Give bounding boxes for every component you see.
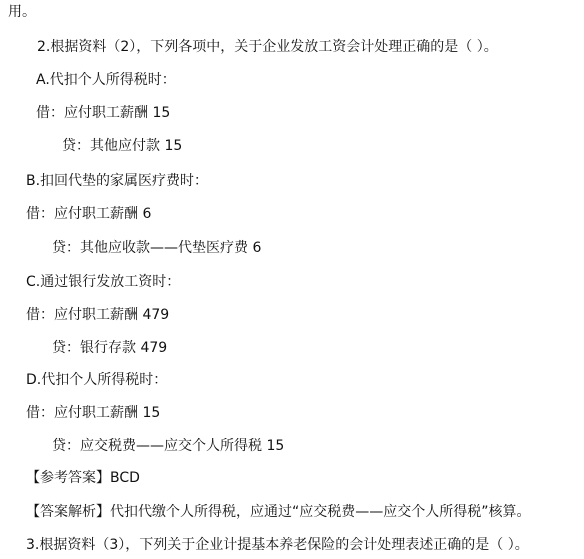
option-b-debit: 借：应付职工薪酬 6 (26, 205, 151, 223)
option-b-title: B.扣回代垫的家属医疗费时： (26, 172, 208, 190)
option-c-credit: 贷：银行存款 479 (52, 339, 167, 357)
reference-answer: 【参考答案】BCD (26, 469, 140, 487)
option-c-title: C.通过银行发放工资时： (26, 273, 180, 291)
option-d-title: D.代扣个人所得税时： (26, 371, 167, 389)
option-a-title: A.代扣个人所得税时： (36, 71, 176, 89)
option-b-credit: 贷：其他应收款——代垫医疗费 6 (52, 239, 261, 257)
option-c-debit: 借：应付职工薪酬 479 (26, 306, 169, 324)
question-3: 3.根据资料（3），下列关于企业计提基本养老保险的会计处理表述正确的是（ ）。 (26, 536, 529, 554)
option-a-debit: 借：应付职工薪酬 15 (36, 104, 170, 122)
option-d-debit: 借：应付职工薪酬 15 (26, 404, 160, 422)
answer-analysis: 【答案解析】代扣代缴个人所得税，应通过“应交税费——应交个人所得税”核算。 (26, 503, 531, 521)
option-a-credit: 贷：其他应付款 15 (62, 137, 182, 155)
question-2: 2.根据资料（2），下列各项中，关于企业发放工资会计处理正确的是（ ）。 (37, 38, 498, 56)
prev-question-tail: 用。 (8, 3, 36, 21)
option-d-credit: 贷：应交税费——应交个人所得税 15 (52, 437, 284, 455)
